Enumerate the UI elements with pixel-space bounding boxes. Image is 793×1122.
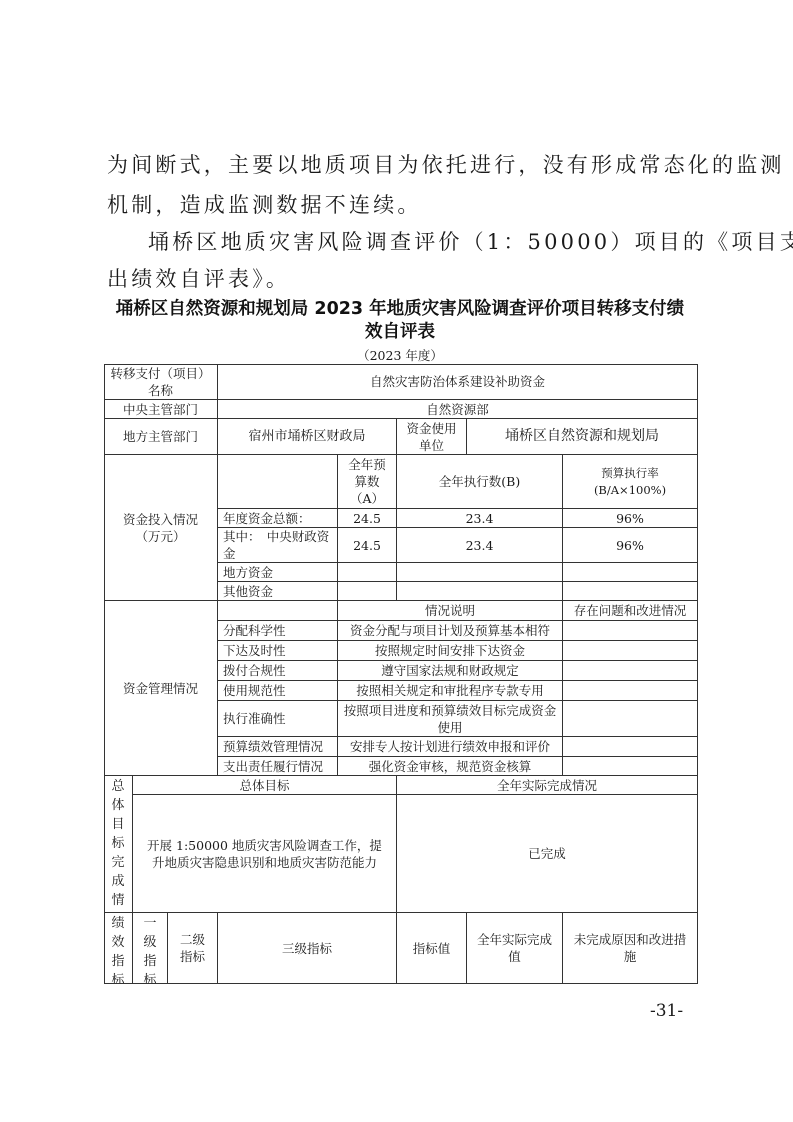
project-name-label: 转移支付（项目）名称	[104, 364, 218, 400]
central-dept-label: 中央主管部门	[104, 400, 218, 419]
table-title-line2: 效自评表	[100, 321, 700, 344]
funding-header-rate: 预算执行率(B/A×100%)	[563, 455, 698, 509]
funding-row-rate: 96%	[563, 509, 698, 528]
indicator-value-header: 指标值	[397, 913, 467, 984]
indicator-level3-header: 三级指标	[218, 913, 397, 984]
management-row-issue	[563, 757, 698, 776]
funding-section-label: 资金投入情况（万元）	[104, 455, 218, 601]
funding-header-budget: 全年预算数（A）	[338, 455, 397, 509]
management-row-issue	[563, 641, 698, 661]
management-header-blank	[218, 601, 338, 621]
management-row-desc: 安排专人按计划进行绩效申报和评价	[338, 737, 563, 757]
funding-row-executed	[397, 582, 563, 601]
management-row-desc: 按照相关规定和审批程序专款专用	[338, 681, 563, 701]
overall-goal-text: 开展 1:50000 地质灾害风险调查工作，提升地质灾害隐患识别和地质灾害防范能…	[133, 795, 397, 913]
management-row-issue	[563, 621, 698, 641]
central-dept-value: 自然资源部	[218, 400, 698, 419]
body-paragraph-line: 出绩效自评表》。	[107, 269, 290, 290]
management-header-issue: 存在问题和改进情况	[563, 601, 698, 621]
body-paragraph-line: 埇桥区地质灾害风险调查评价（1：50000）项目的《项目支	[148, 232, 793, 253]
funding-row-budget: 24.5	[338, 528, 397, 563]
management-row-label: 使用规范性	[218, 681, 338, 701]
indicators-section-label: 绩效指标	[104, 913, 133, 984]
funding-row-label: 其他资金	[218, 582, 338, 601]
table-year: （2023 年度）	[100, 346, 700, 364]
funding-row-budget	[338, 563, 397, 582]
user-unit-value: 埇桥区自然资源和规划局	[467, 419, 698, 455]
local-dept-label: 地方主管部门	[104, 419, 218, 455]
management-row-label: 拨付合规性	[218, 661, 338, 681]
table-title-line1: 埇桥区自然资源和规划局 2023 年地质灾害风险调查评价项目转移支付绩	[100, 298, 700, 321]
funding-row-rate	[563, 582, 698, 601]
indicator-actual-header: 全年实际完成值	[467, 913, 563, 984]
management-row-issue	[563, 701, 698, 737]
project-name-value: 自然灾害防治体系建设补助资金	[218, 364, 698, 400]
indicator-reason-header: 未完成原因和改进措施	[563, 913, 698, 984]
overall-goal-section-label: 总体目标完成情况	[104, 776, 133, 913]
management-header-desc: 情况说明	[338, 601, 563, 621]
management-row-label: 执行准确性	[218, 701, 338, 737]
management-row-desc: 按照项目进度和预算绩效目标完成资金使用	[338, 701, 563, 737]
management-row-issue	[563, 661, 698, 681]
overall-actual-text: 已完成	[397, 795, 698, 913]
funding-row-label: 其中： 中央财政资金	[218, 528, 338, 563]
funding-header-blank	[218, 455, 338, 509]
management-row-label: 预算绩效管理情况	[218, 737, 338, 757]
funding-header-executed: 全年执行数(B)	[397, 455, 563, 509]
user-unit-label: 资金使用单位	[397, 419, 467, 455]
body-paragraph-line: 机制，造成监测数据不连续。	[107, 195, 422, 216]
funding-row-rate: 96%	[563, 528, 698, 563]
funding-row-executed: 23.4	[397, 528, 563, 563]
management-row-desc: 按照规定时间安排下达资金	[338, 641, 563, 661]
local-dept-value: 宿州市埇桥区财政局	[218, 419, 397, 455]
body-paragraph-line: 为间断式，主要以地质项目为依托进行，没有形成常态化的监测	[107, 155, 785, 176]
management-section-label: 资金管理情况	[104, 601, 218, 776]
management-row-label: 支出责任履行情况	[218, 757, 338, 776]
overall-goal-header: 总体目标	[133, 776, 397, 795]
page-number: -31-	[650, 1001, 683, 1021]
funding-row-budget	[338, 582, 397, 601]
funding-row-budget: 24.5	[338, 509, 397, 528]
overall-actual-header: 全年实际完成情况	[397, 776, 698, 795]
management-row-desc: 强化资金审核，规范资金核算	[338, 757, 563, 776]
management-row-issue	[563, 681, 698, 701]
management-row-issue	[563, 737, 698, 757]
funding-row-executed: 23.4	[397, 509, 563, 528]
management-row-desc: 资金分配与项目计划及预算基本相符	[338, 621, 563, 641]
indicator-level2-header: 二级指标	[168, 913, 218, 984]
management-row-label: 分配科学性	[218, 621, 338, 641]
indicator-level1-header: 一级指标	[133, 913, 168, 984]
funding-row-rate	[563, 563, 698, 582]
funding-row-label: 地方资金	[218, 563, 338, 582]
management-row-desc: 遵守国家法规和财政规定	[338, 661, 563, 681]
management-row-label: 下达及时性	[218, 641, 338, 661]
funding-row-executed	[397, 563, 563, 582]
funding-row-label: 年度资金总额：	[218, 509, 338, 528]
